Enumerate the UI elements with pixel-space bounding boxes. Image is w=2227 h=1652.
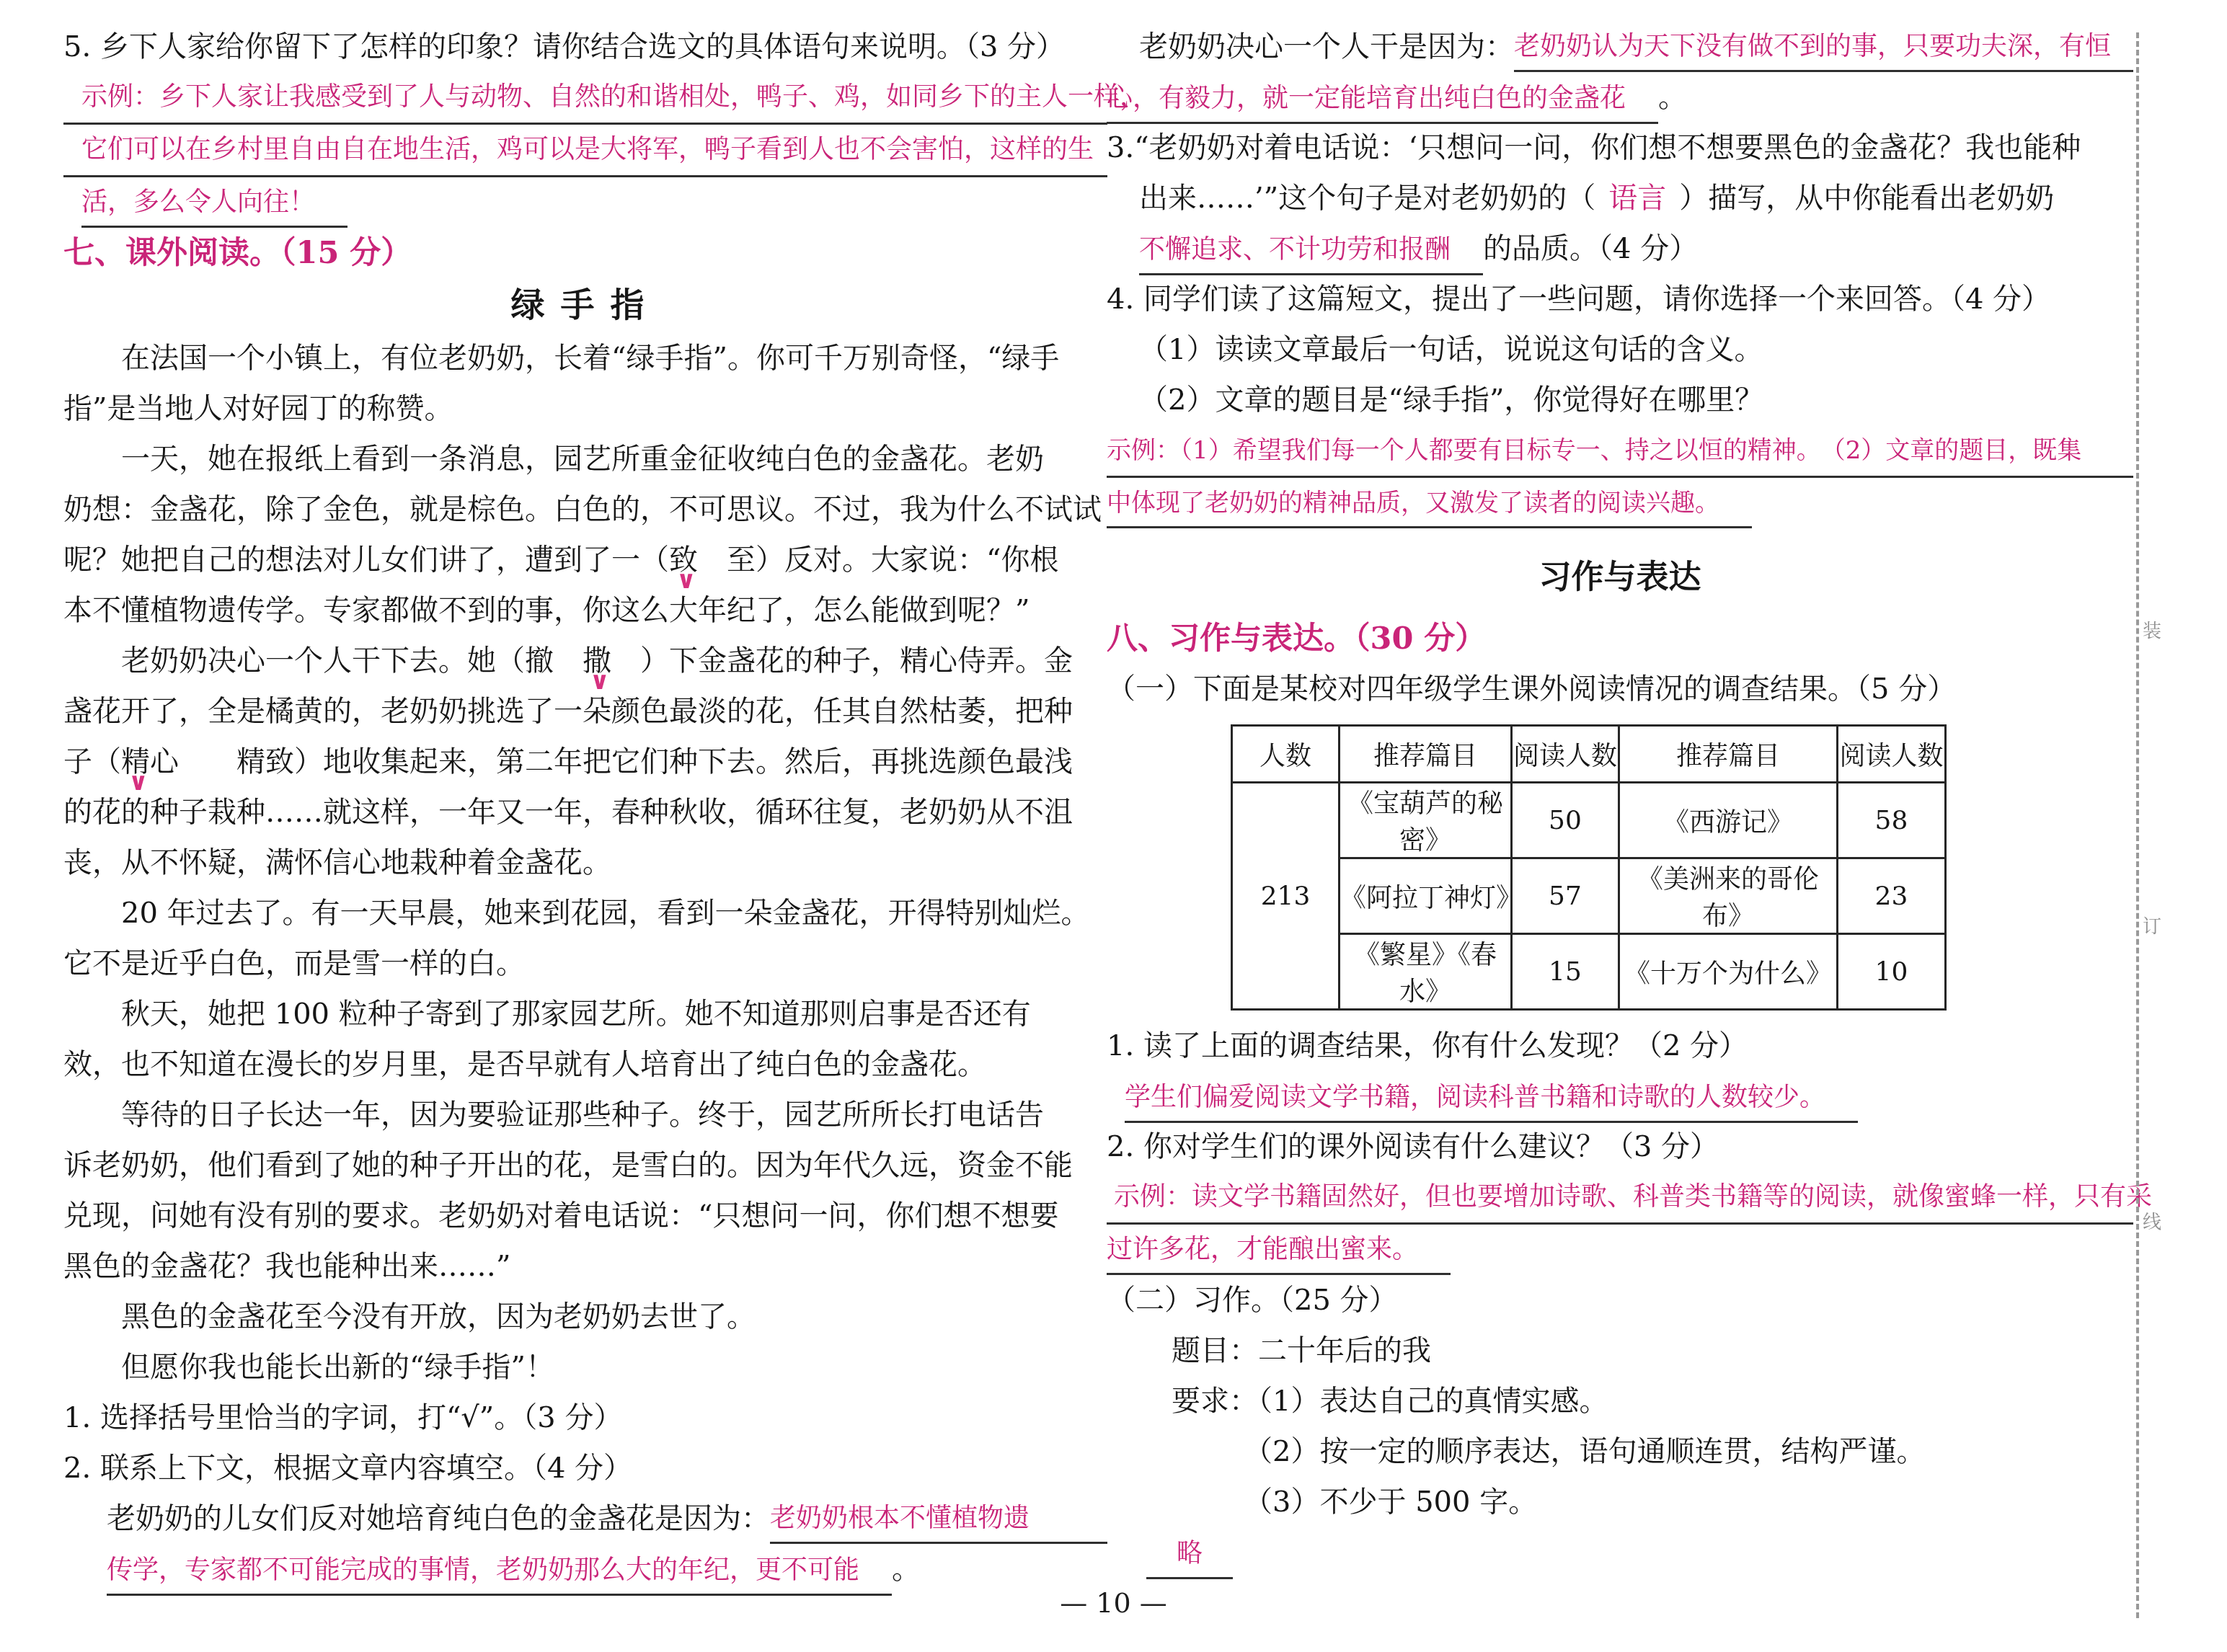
answer-text: 过许多花，才能酿出蜜来。 <box>1107 1227 1451 1275</box>
period: 。 <box>892 1553 921 1586</box>
passage-line: 诉老奶奶，他们看到了她的种子开出的花，是雪白的。因为年代久远，资金不能 <box>63 1140 1107 1191</box>
answer-line: 中体现了老奶奶的精神品质，又激发了读者的阅读兴趣。 <box>1107 478 2133 528</box>
chosen-word: 撒∨ <box>583 636 611 686</box>
table-header-cell: 阅读人数 <box>1512 726 1619 783</box>
passage-line: 黑色的金盏花至今没有开放，因为老奶奶去世了。 <box>63 1292 1107 1342</box>
binding-dashed-line <box>2136 32 2139 1618</box>
reading-survey-table: 人数 推荐篇目 阅读人数 推荐篇目 阅读人数 213 《宝葫芦的秘密》 50 《… <box>1231 724 1947 1011</box>
fill-blank-line: 老奶奶的儿女们反对她培育纯白色的金盏花是因为： 老奶奶根本不懂植物遗 <box>63 1493 1107 1544</box>
part-2-heading: （二）习作。（25 分） <box>1107 1275 2133 1325</box>
question-4-sub1: （1）读读文章最后一句话，说说这句话的含义。 <box>1107 324 2133 375</box>
passage-line: 在法国一个小镇上，有位老奶奶，长着“绿手指”。你可千万别奇怪，“绿手 <box>63 333 1107 383</box>
question-text: ）描写，从中你能看出老奶奶 <box>1679 182 2054 215</box>
answer-text: 中体现了老奶奶的精神品质，又激发了读者的阅读兴趣。 <box>1107 480 1752 528</box>
passage-line: 指”是当地人对好园丁的称赞。 <box>63 383 1107 434</box>
table-cell: 58 <box>1838 783 1946 858</box>
table-cell: 15 <box>1512 934 1619 1010</box>
table-cell: 57 <box>1512 858 1619 934</box>
check-mark: ∨ <box>676 568 696 592</box>
table-cell: 50 <box>1512 783 1619 858</box>
passage-line: 黑色的金盏花？我也能种出来……” <box>63 1241 1107 1292</box>
table-row: 《阿拉丁神灯》 57 《美洲来的哥伦布》 23 <box>1232 858 1946 934</box>
passage-title: 绿手指 <box>63 278 1107 333</box>
question-label: 老奶奶的儿女们反对她培育纯白色的金盏花是因为： <box>107 1493 770 1544</box>
writing-section-heading: 习作与表达 <box>1107 550 2133 605</box>
writing-question-2: 2. 你对学生们的课外阅读有什么建议？（3 分） <box>1107 1122 2133 1172</box>
table-cell: 《美洲来的哥伦布》 <box>1619 858 1838 934</box>
passage-line: 奶想：金盏花，除了金色，就是棕色。白色的，不可思议。不过，我为什么不试试 <box>63 484 1107 535</box>
table-header-row: 人数 推荐篇目 阅读人数 推荐篇目 阅读人数 <box>1232 726 1946 783</box>
binding-mark: 订 <box>2143 912 2161 938</box>
question-3: 3.“老奶奶对着电话说：‘只想问一问，你们想不想要黑色的金盏花？我也能种 <box>1107 123 2133 173</box>
table-cell: 《宝葫芦的秘密》 <box>1340 783 1512 858</box>
passage-text: ）下金盏花的种子，精心侍弄。金 <box>611 644 1073 678</box>
passage-line-choice: 子（精心∨ 精致）地收集起来，第二年把它们种下去。然后，再挑选颜色最浅 <box>63 737 1107 787</box>
passage-text: 精致）地收集起来，第二年把它们种下去。然后，再挑选颜色最浅 <box>179 745 1073 778</box>
question-3-line: 不懈追求、不计功劳和报酬的品质。（4 分） <box>1107 223 2133 274</box>
passage-line: 兑现，问她有没有别的要求。老奶奶对着电话说：“只想问一问，你们想不想要 <box>63 1191 1107 1241</box>
table-cell-total: 213 <box>1232 783 1340 1010</box>
passage-line-choice: 老奶奶决心一个人干下去。她（撤 撒∨ ）下金盏花的种子，精心侍弄。金 <box>63 636 1107 686</box>
answer-line: 活，多么令人向往！ <box>63 177 1107 228</box>
question-4: 4. 同学们读了这篇短文，提出了一些问题，请你选择一个来回答。（4 分） <box>1107 274 2133 324</box>
table-header-cell: 阅读人数 <box>1838 726 1946 783</box>
passage-line: 丧，从不怀疑，满怀信心地栽种着金盏花。 <box>63 838 1107 888</box>
check-mark: ∨ <box>590 669 610 693</box>
table-header-cell: 人数 <box>1232 726 1340 783</box>
passage-line: 盏花开了，全是橘黄的，老奶奶挑选了一朵颜色最淡的花，任其自然枯萎，把种 <box>63 686 1107 737</box>
answer-text: 老奶奶根本不懂植物遗 <box>770 1493 1107 1544</box>
question-1: 1. 选择括号里恰当的字词，打“√”。（3 分） <box>63 1393 1107 1443</box>
answer-text: 语言 <box>1595 182 1679 215</box>
answer-line: 它们可以在乡村里自由自在地生活，鸡可以是大将军，鸭子看到人也不会害怕，这样的生 <box>63 125 1107 177</box>
part-1-intro: （一）下面是某校对四年级学生课外阅读情况的调查结果。（5 分） <box>1107 664 2133 714</box>
passage-line: 本不懂植物遗传学。专家都做不到的事，你这么大年纪了，怎么能做到呢？” <box>63 585 1107 636</box>
answer-text: 老奶奶认为天下没有做不到的事，只要功夫深，有恒 <box>1514 22 2133 72</box>
page-number: — 10 — <box>0 1587 2227 1619</box>
question-text: 的品质。（4 分） <box>1483 232 1698 265</box>
passage-line: 等待的日子长达一年，因为要验证那些种子。终于，园艺所所长打电话告 <box>63 1090 1107 1140</box>
passage-line: 20 年过去了。有一天早晨，她来到花园，看到一朵金盏花，开得特别灿烂。 <box>63 888 1107 938</box>
question-5: 5. 乡下人家给你留下了怎样的印象？请你结合选文的具体语句来说明。（3 分） <box>63 22 1107 72</box>
fill-blank-line: 老奶奶决心一个人干是因为： 老奶奶认为天下没有做不到的事，只要功夫深，有恒 <box>1107 22 2133 72</box>
passage-line: 的花的种子栽种……就这样，一年又一年，春种秋收，循环往复，老奶奶从不沮 <box>63 787 1107 838</box>
passage-line: 它不是近乎白色，而是雪一样的白。 <box>63 938 1107 989</box>
answer-text: 心，有毅力，就一定能培育出纯白色的金盏花 <box>1107 76 1658 124</box>
binding-mark: 线 <box>2143 1207 2161 1234</box>
answer-line: 学生们偏爱阅读文学书籍，阅读科普书籍和诗歌的人数较少。 <box>1107 1071 2133 1122</box>
passage-text: 子（ <box>63 745 121 778</box>
passage-line: 但愿你我也能长出新的“绿手指”！ <box>63 1342 1107 1393</box>
right-column: 老奶奶决心一个人干是因为： 老奶奶认为天下没有做不到的事，只要功夫深，有恒 心，… <box>1107 22 2133 1578</box>
passage-text: 老奶奶决心一个人干下去。她（撤 <box>63 644 583 678</box>
passage-line: 效，也不知道在漫长的岁月里，是否早就有人培育出了纯白色的金盏花。 <box>63 1039 1107 1090</box>
period: 。 <box>1658 81 1687 114</box>
table-row: 213 《宝葫芦的秘密》 50 《西游记》 58 <box>1232 783 1946 858</box>
passage-line: 一天，她在报纸上看到一条消息，园艺所重金征收纯白色的金盏花。老奶 <box>63 434 1107 484</box>
table-cell: 《繁星》《春水》 <box>1340 934 1512 1010</box>
table-header-cell: 推荐篇目 <box>1619 726 1838 783</box>
answer-line: 略 <box>1107 1527 2133 1578</box>
passage-line: 秋天，她把 100 粒种子寄到了那家园艺所。她不知道那则启事是否还有 <box>63 989 1107 1039</box>
passage-text: 呢？她把自己的想法对儿女们讲了，遭到了一（ <box>63 543 669 577</box>
writing-question-1: 1. 读了上面的调查结果，你有什么发现？（2 分） <box>1107 1021 2133 1071</box>
passage-line-choice: 呢？她把自己的想法对儿女们讲了，遭到了一（致∨ 至）反对。大家说：“你根 <box>63 535 1107 585</box>
passage-text: 至）反对。大家说：“你根 <box>698 543 1058 577</box>
chosen-word: 致∨ <box>669 535 698 585</box>
table-cell: 10 <box>1838 934 1946 1010</box>
section-8-heading: 八、习作与表达。（30 分） <box>1107 613 2133 664</box>
question-4-sub2: （2）文章的题目是“绿手指”，你觉得好在哪里？ <box>1107 375 2133 425</box>
question-2: 2. 联系上下文，根据文章内容填空。（4 分） <box>63 1443 1107 1493</box>
answer-line: 示例：（1）希望我们每一个人都要有目标专一、持之以恒的精神。 （2）文章的题目，… <box>1107 425 2133 478</box>
answer-line: 示例：乡下人家让我感受到了人与动物、自然的和谐相处，鸭子、鸡，如同乡下的主人一样… <box>63 72 1107 125</box>
check-mark: ∨ <box>128 770 149 794</box>
requirement-3: （3）不少于 500 字。 <box>1107 1477 2133 1527</box>
answer-text: 不懈追求、不计功劳和报酬 <box>1139 227 1483 275</box>
requirement-1: 要求：（1）表达自己的真情实感。 <box>1107 1376 2133 1426</box>
question-3-line: 出来……’”这个句子是对老奶奶的（语言）描写，从中你能看出老奶奶 <box>1107 173 2133 223</box>
answer-text: 活，多么令人向往！ <box>81 179 347 228</box>
question-text: 出来……’”这个句子是对老奶奶的（ <box>1139 182 1595 215</box>
table-cell: 《西游记》 <box>1619 783 1838 858</box>
fill-blank-line: 心，有毅力，就一定能培育出纯白色的金盏花。 <box>1107 72 2133 123</box>
table-cell: 《十万个为什么》 <box>1619 934 1838 1010</box>
table-cell: 《阿拉丁神灯》 <box>1340 858 1512 934</box>
answer-line: 过许多花，才能酿出蜜来。 <box>1107 1225 2133 1275</box>
exam-page: 5. 乡下人家给你留下了怎样的印象？请你结合选文的具体语句来说明。（3 分） 示… <box>0 0 2227 1652</box>
table-header-cell: 推荐篇目 <box>1340 726 1512 783</box>
requirement-2: （2）按一定的顺序表达，语句通顺连贯，结构严谨。 <box>1107 1426 2133 1477</box>
answer-text: 略 <box>1146 1531 1233 1579</box>
section-7-heading: 七、课外阅读。（15 分） <box>63 228 1107 278</box>
question-label: 老奶奶决心一个人干是因为： <box>1139 22 1514 72</box>
chosen-word: 精心∨ <box>121 737 179 787</box>
composition-topic: 题目：二十年后的我 <box>1107 1325 2133 1376</box>
answer-text: 学生们偏爱阅读文学书籍，阅读科普书籍和诗歌的人数较少。 <box>1125 1075 1858 1123</box>
table-cell: 23 <box>1838 858 1946 934</box>
answer-line: 示例：读文学书籍固然好，但也要增加诗歌、科普类书籍等的阅读，就像蜜蜂一样，只有采 <box>1107 1172 2133 1225</box>
left-column: 5. 乡下人家给你留下了怎样的印象？请你结合选文的具体语句来说明。（3 分） 示… <box>63 22 1107 1594</box>
table-row: 《繁星》《春水》 15 《十万个为什么》 10 <box>1232 934 1946 1010</box>
binding-mark: 装 <box>2143 616 2161 643</box>
